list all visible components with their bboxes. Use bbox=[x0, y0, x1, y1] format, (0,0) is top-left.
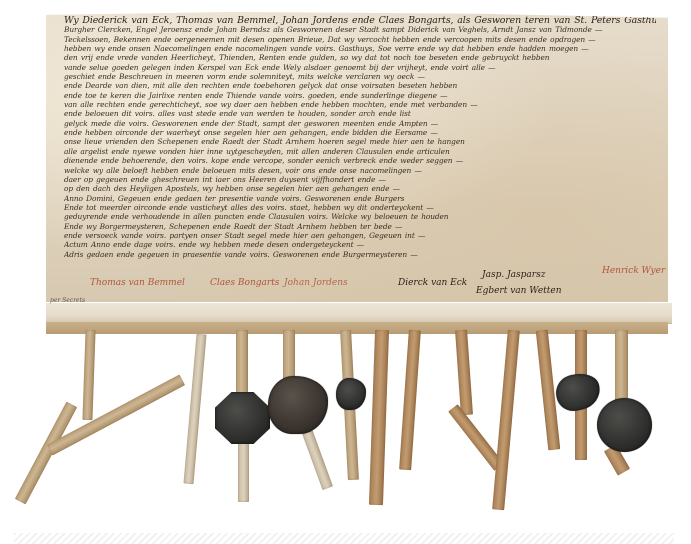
body-line: Ende tot meerder oirconde ende vastichey… bbox=[64, 203, 656, 212]
signature: Jasp. Jasparsz bbox=[482, 270, 545, 280]
wax-seal bbox=[215, 392, 270, 444]
parchment-sheet: Wy Diederick van Eck, Thomas van Bemmel,… bbox=[46, 12, 668, 302]
body-line: welcke wy alle beloeft hebben ende beloe… bbox=[64, 166, 656, 175]
body-line: daer op gegeuen ende gheschreuen int iae… bbox=[64, 175, 656, 184]
seal-tag bbox=[183, 334, 206, 484]
seal-tag bbox=[615, 330, 628, 402]
seal-tag bbox=[369, 330, 389, 505]
seal-tag bbox=[82, 330, 95, 420]
seal-tag bbox=[455, 330, 473, 416]
body-line: Adris gedaen ende gegeuen in praesentie … bbox=[64, 250, 656, 259]
fold-note: per Secrets bbox=[50, 297, 85, 304]
wax-seal bbox=[597, 398, 652, 452]
body-line: geschiet ende Beschreuen in meeren vorm … bbox=[64, 72, 656, 81]
signature: Thomas van Bemmel bbox=[90, 278, 185, 288]
seal-tag bbox=[238, 440, 249, 502]
bottom-stripe-band bbox=[14, 533, 674, 544]
signature: Henrick Wyer bbox=[602, 266, 665, 276]
body-line: Burgher Clercken, Engel Jeroensz ende Jo… bbox=[64, 25, 656, 34]
body-line: hebben wy ende onsen Naecomelingen ende … bbox=[64, 44, 656, 53]
body-line: onse lieue vrienden den Schepenen ende R… bbox=[64, 137, 656, 146]
wax-seal bbox=[268, 376, 328, 434]
charter-body-text: Wy Diederick van Eck, Thomas van Bemmel,… bbox=[64, 16, 656, 259]
signature: Dierck van Eck bbox=[398, 278, 467, 288]
seal-tag bbox=[302, 430, 333, 490]
body-line: Anno Domini, Gegeuen ende gedaen ter pre… bbox=[64, 194, 656, 203]
body-line: Teckelssoen, Bekennen ende oergeneemen m… bbox=[64, 35, 656, 44]
body-line: geduyrende ende verhoudende in allen pun… bbox=[64, 212, 656, 221]
wax-seal bbox=[336, 378, 366, 410]
plica-fold: per Secrets bbox=[46, 303, 672, 323]
seal-tag bbox=[492, 330, 520, 510]
body-line: gelyck mede die voirs. Gesworenen ende d… bbox=[64, 119, 656, 128]
signature: Claes Bongarts bbox=[210, 278, 279, 288]
charter-photo: Wy Diederick van Eck, Thomas van Bemmel,… bbox=[0, 0, 691, 544]
body-line: alle argelist ende nyewe vonden hier inn… bbox=[64, 147, 656, 156]
wax-seal bbox=[553, 370, 604, 414]
body-line: van alle rechten ende gerechticheyt, soe… bbox=[64, 100, 656, 109]
body-line: op den dach des Heyligen Apostels, wy he… bbox=[64, 184, 656, 193]
body-line: ende hebben oirconde der waerheyt onse s… bbox=[64, 128, 656, 137]
body-line: Ende wy Borgermeysteren, Schepenen ende … bbox=[64, 222, 656, 231]
body-line: ende versoeck vande voirs. partyen onser… bbox=[64, 231, 656, 240]
seal-tag bbox=[399, 330, 421, 470]
body-line: ende beloeuen dit voirs. alles vast sted… bbox=[64, 109, 656, 118]
body-line: ende toe te keren die Jairlixe renten en… bbox=[64, 91, 656, 100]
signature: Egbert van Wetten bbox=[476, 286, 562, 296]
body-line: ende Dearde van dien, mit alle den recht… bbox=[64, 81, 656, 90]
signature: Johan Jordens bbox=[284, 278, 348, 288]
body-line: dienende ende behoerende, den voirs. kop… bbox=[64, 156, 656, 165]
body-line: Actum Anno ende dage voirs. ende wy hebb… bbox=[64, 240, 656, 249]
body-line: vande selue goeden gelegen inden Kerspel… bbox=[64, 63, 656, 72]
body-line: den vrij ende vrede vanden Heerlicheyt, … bbox=[64, 53, 656, 62]
seal-tag bbox=[15, 402, 77, 505]
opening-line: Wy Diederick van Eck, Thomas van Bemmel,… bbox=[64, 16, 656, 25]
